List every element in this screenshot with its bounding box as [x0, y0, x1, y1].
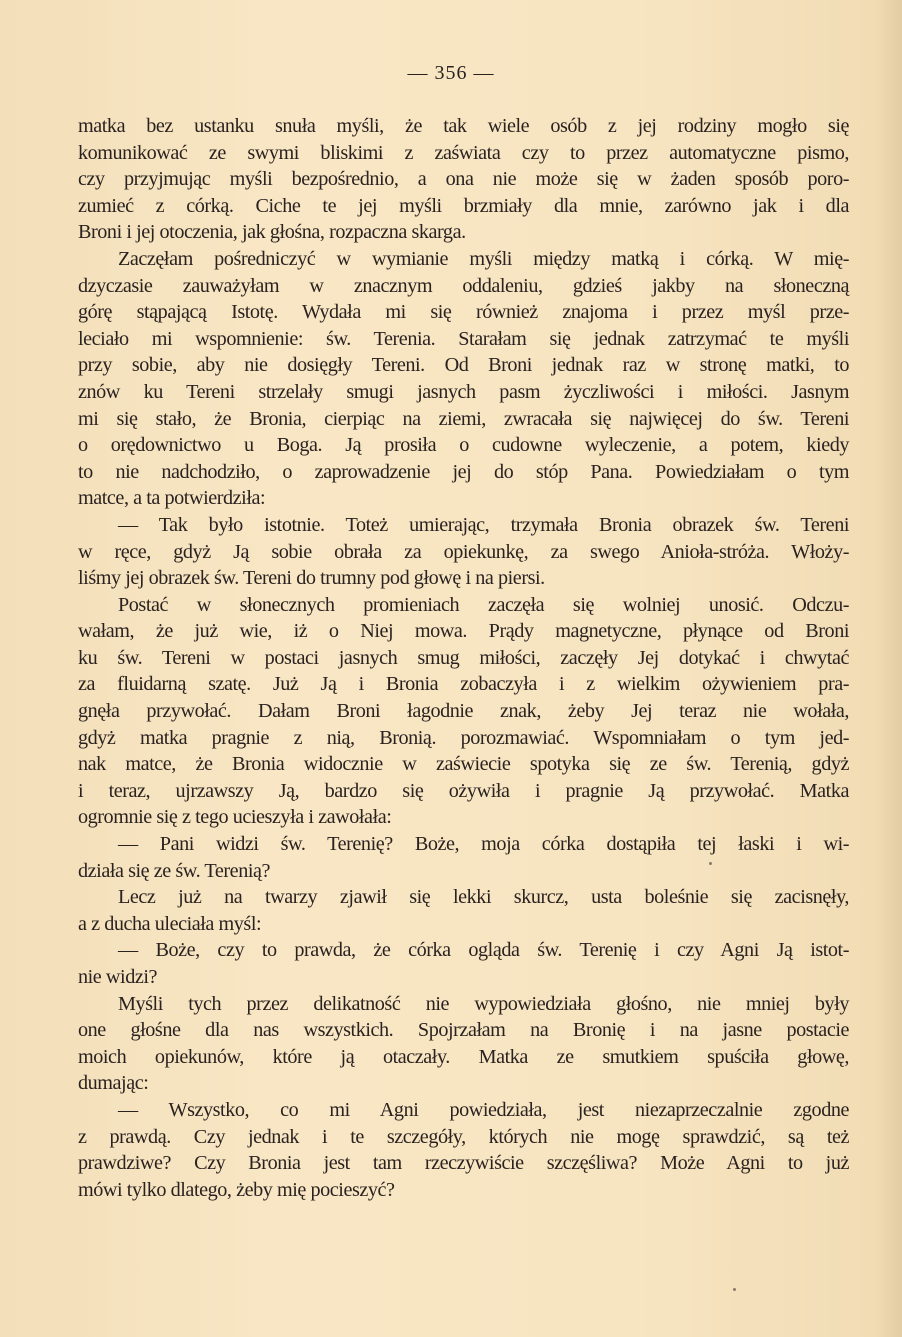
paragraph: Zaczęłam pośredniczyć w wymianie myśli m…: [78, 246, 849, 512]
paragraph: Postać w słonecznych promieniach zaczęła…: [78, 592, 849, 831]
text-line: — Wszystko, co mi Agni powiedziała, jest…: [78, 1097, 849, 1124]
text-line: górę stąpającą Istotę. Wydała mi się rów…: [78, 299, 849, 326]
text-line: matka bez ustanku snuła myśli, że tak wi…: [78, 113, 849, 140]
text-line: to nie nadchodziło, o zaprowadzenie jej …: [78, 459, 849, 486]
text-line: ku św. Tereni w postaci jasnych smug mił…: [78, 645, 849, 672]
text-line: one głośne dla nas wszystkich. Spojrzała…: [78, 1017, 849, 1044]
text-line: liśmy jej obrazek św. Tereni do trumny p…: [78, 565, 849, 592]
paragraph: — Tak było istotnie. Toteż umierając, tr…: [78, 512, 849, 592]
text-line: w ręce, gdyż Ją sobie obrała za opiekunk…: [78, 539, 849, 566]
text-line: a z ducha uleciała myśl:: [78, 911, 849, 938]
text-line: — Boże, czy to prawda, że córka ogląda ś…: [78, 937, 849, 964]
text-line: komunikować ze swymi bliskimi z zaświata…: [78, 140, 849, 167]
paragraph: Lecz już na twarzy zjawił się lekki skur…: [78, 884, 849, 937]
page-number: — 356 —: [0, 62, 902, 85]
text-line: z prawdą. Czy jednak i te szczegóły, któ…: [78, 1124, 849, 1151]
paragraph: — Wszystko, co mi Agni powiedziała, jest…: [78, 1097, 849, 1203]
text-line: o orędownictwo u Boga. Ją prosiła o cudo…: [78, 432, 849, 459]
text-line: zumieć z córką. Ciche te jej myśli brzmi…: [78, 193, 849, 220]
paragraph: — Boże, czy to prawda, że córka ogląda ś…: [78, 937, 849, 990]
paragraph: matka bez ustanku snuła myśli, że tak wi…: [78, 113, 849, 246]
text-line: nak matce, że Bronia widocznie w zaświec…: [78, 751, 849, 778]
paragraph: Myśli tych przez delikatność nie wypowie…: [78, 991, 849, 1097]
text-line: dumając:: [78, 1070, 849, 1097]
text-line: gnęła przywołać. Dałam Broni łagodnie zn…: [78, 698, 849, 725]
text-line: Zaczęłam pośredniczyć w wymianie myśli m…: [78, 246, 849, 273]
text-line: gdyż matka pragnie z nią, Bronią. porozm…: [78, 725, 849, 752]
text-line: za fluidarną szatę. Już Ją i Bronia zoba…: [78, 671, 849, 698]
text-line: leciało mi wspomnienie: św. Terenia. Sta…: [78, 326, 849, 353]
text-line: wałam, że już wie, iż o Niej mowa. Prądy…: [78, 618, 849, 645]
text-line: i teraz, ujrzawszy Ją, bardzo się ożywił…: [78, 778, 849, 805]
text-line: Broni i jej otoczenia, jak głośna, rozpa…: [78, 219, 849, 246]
body-text: matka bez ustanku snuła myśli, że tak wi…: [78, 113, 849, 1203]
text-line: moich opiekunów, które ją otaczały. Matk…: [78, 1044, 849, 1071]
paper-speck: [709, 862, 712, 865]
text-line: znów ku Tereni strzelały smugi jasnych p…: [78, 379, 849, 406]
text-line: czy przyjmując myśli bezpośrednio, a ona…: [78, 166, 849, 193]
text-line: matce, a ta potwierdziła:: [78, 485, 849, 512]
text-line: nie widzi?: [78, 964, 849, 991]
text-line: Lecz już na twarzy zjawił się lekki skur…: [78, 884, 849, 911]
text-line: prawdziwe? Czy Bronia jest tam rzeczywiś…: [78, 1150, 849, 1177]
text-line: ogromnie się z tego ucieszyła i zawołała…: [78, 804, 849, 831]
text-line: Postać w słonecznych promieniach zaczęła…: [78, 592, 849, 619]
paper-speck: [733, 1288, 736, 1291]
text-line: działa się ze św. Terenią?: [78, 858, 849, 885]
text-line: mi się stało, że Bronia, cierpiąc na zie…: [78, 406, 849, 433]
text-line: przy sobie, aby nie dosięgły Tereni. Od …: [78, 352, 849, 379]
paragraph: — Pani widzi św. Terenię? Boże, moja cór…: [78, 831, 849, 884]
text-line: mówi tylko dlatego, żeby mię pocieszyć?: [78, 1177, 849, 1204]
text-line: — Pani widzi św. Terenię? Boże, moja cór…: [78, 831, 849, 858]
text-line: dzyczasie zauważyłam w znacznym oddaleni…: [78, 273, 849, 300]
text-line: — Tak było istotnie. Toteż umierając, tr…: [78, 512, 849, 539]
text-line: Myśli tych przez delikatność nie wypowie…: [78, 991, 849, 1018]
